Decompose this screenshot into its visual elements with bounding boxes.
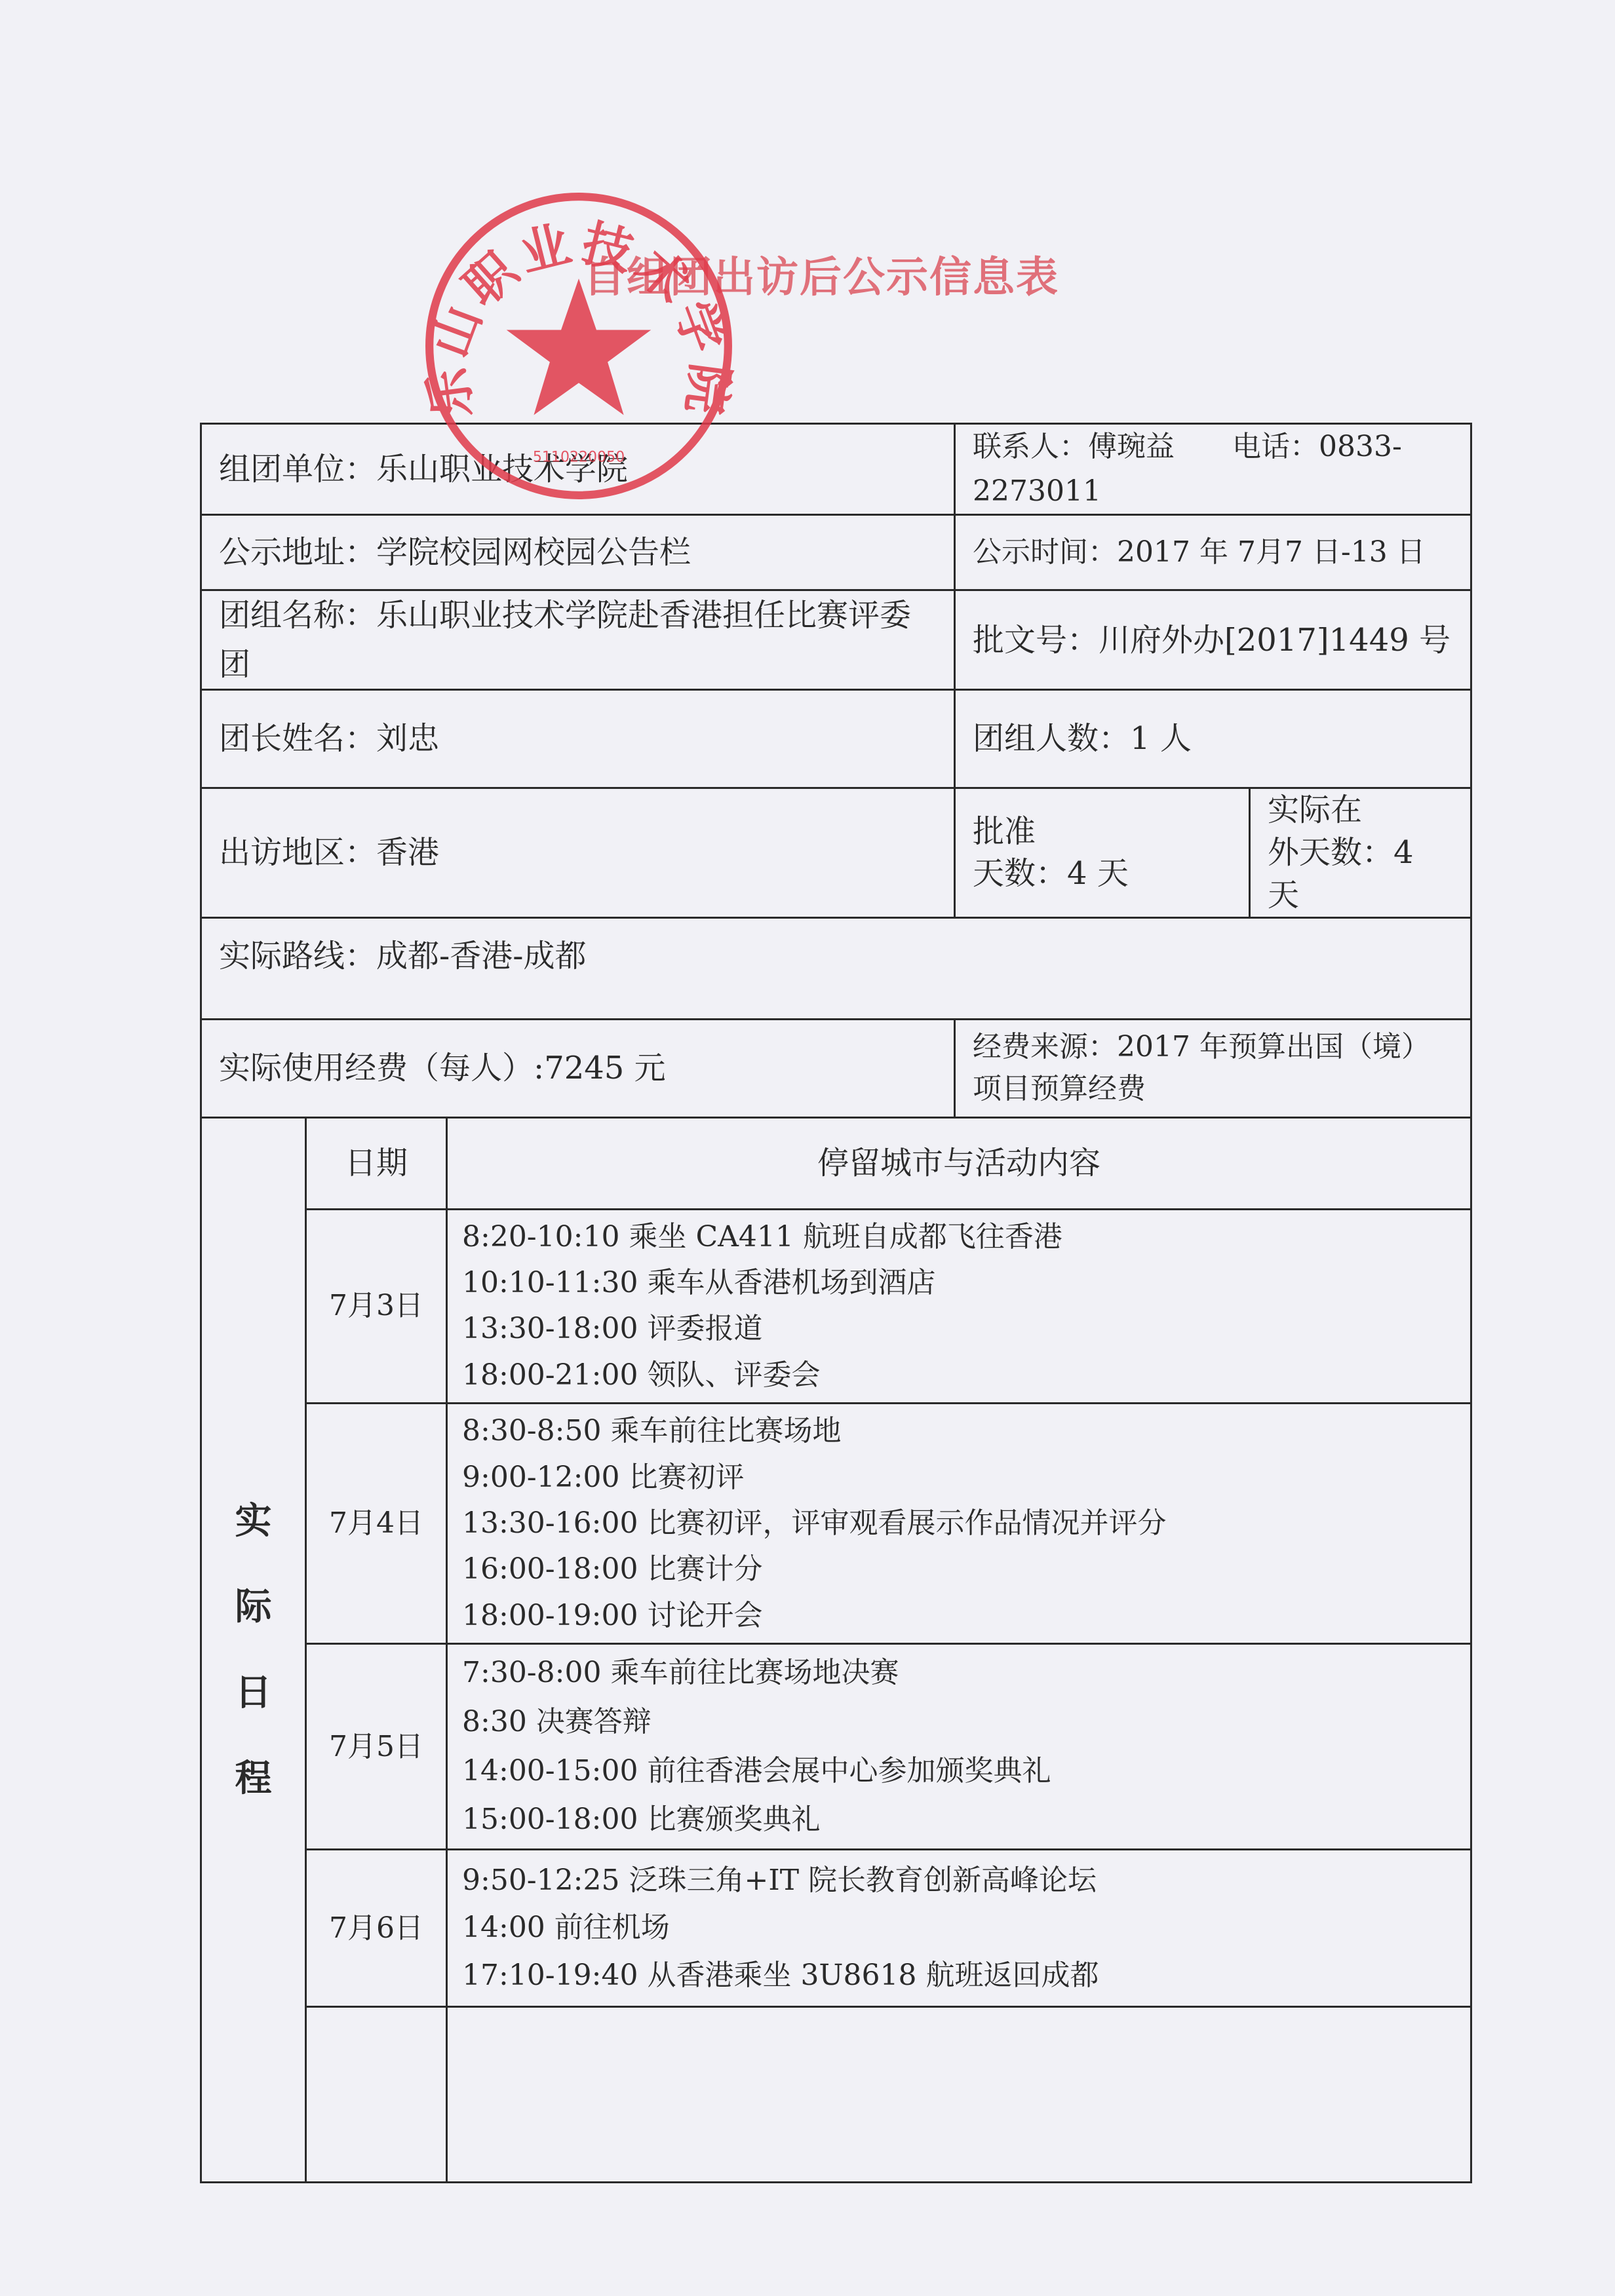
org-unit-value: 乐山职业技术学院	[376, 451, 628, 488]
notice-address-cell: 公示地址：学院校园网校园公告栏	[201, 515, 955, 590]
section-char: 日	[202, 1664, 305, 1721]
activity-item: 7:30-8:00 乘车前往比赛场地决赛	[462, 1649, 1456, 1698]
activity-item: 18:00-19:00 讨论开会	[462, 1593, 1456, 1639]
row-route: 实际路线：成都-香港-成都	[201, 917, 1471, 1019]
approval-no-cell: 批文号：川府外办[2017]1449 号	[955, 590, 1471, 690]
schedule-date: 7月5日	[306, 1644, 447, 1850]
activity-item: 8:20-10:10 乘坐 CA411 航班自成都飞往香港	[462, 1214, 1456, 1260]
actual-route-value: 成都-香港-成都	[376, 938, 586, 974]
row-leader: 团长姓名：刘忠 团组人数：1 人	[201, 690, 1471, 788]
row-org-unit: 组团单位：乐山职业技术学院 联系人：傅琬益 电话：0833-2273011	[201, 424, 1471, 515]
leader-name-label: 团长姓名：	[219, 720, 376, 757]
approval-no-value: 川府外办[2017]1449 号	[1099, 622, 1450, 659]
schedule-activities-empty	[447, 2007, 1471, 2183]
activity-item: 18:00-21:00 领队、评委会	[462, 1352, 1456, 1398]
contact-label: 联系人：	[973, 430, 1088, 463]
actual-days-cell: 实际在 外天数：4 天	[1250, 788, 1471, 917]
activity-item: 13:30-18:00 评委报道	[462, 1306, 1456, 1352]
approved-days-value: 4 天	[1067, 855, 1129, 892]
activity-item: 15:00-18:00 比赛颁奖典礼	[462, 1795, 1456, 1845]
row-region: 出访地区：香港 批准 天数：4 天 实际在 外天数：4 天	[201, 788, 1471, 917]
phone-label: 电话：	[1232, 430, 1319, 463]
schedule-row: 7月3日 8:20-10:10 乘坐 CA411 航班自成都飞往香港 10:10…	[201, 1209, 1471, 1404]
actual-route-cell: 实际路线：成都-香港-成都	[201, 917, 1471, 1019]
content-header: 停留城市与活动内容	[447, 1117, 1471, 1209]
activity-item: 10:10-11:30 乘车从香港机场到酒店	[462, 1260, 1456, 1306]
schedule-date: 7月3日	[306, 1209, 447, 1404]
approved-days-cell: 批准 天数：4 天	[955, 788, 1250, 917]
actual-cost-label: 实际使用经费（每人）:	[219, 1050, 544, 1086]
activity-item: 16:00-18:00 比赛计分	[462, 1546, 1456, 1592]
actual-days-label-1: 实际在	[1268, 789, 1453, 832]
actual-route-label: 实际路线：	[219, 938, 376, 974]
activity-item: 17:10-19:40 从香港乘坐 3U8618 航班返回成都	[462, 1952, 1456, 2000]
activity-item: 8:30-8:50 乘车前往比赛场地	[462, 1408, 1456, 1454]
visit-region-label: 出访地区：	[219, 834, 376, 871]
visit-region-cell: 出访地区：香港	[201, 788, 955, 917]
fund-source-cell: 经费来源：2017 年预算出国（境）项目预算经费	[955, 1019, 1471, 1117]
actual-cost-cell: 实际使用经费（每人）:7245 元	[201, 1019, 955, 1117]
activity-item: 14:00 前往机场	[462, 1904, 1456, 1952]
schedule-date: 7月4日	[306, 1404, 447, 1644]
visit-region-value: 香港	[376, 834, 439, 871]
schedule-activities: 7:30-8:00 乘车前往比赛场地决赛 8:30 决赛答辩 14:00-15:…	[447, 1644, 1471, 1850]
schedule-row: 7月5日 7:30-8:00 乘车前往比赛场地决赛 8:30 决赛答辩 14:0…	[201, 1644, 1471, 1850]
activity-item: 8:30 决赛答辩	[462, 1698, 1456, 1747]
schedule-activities: 8:30-8:50 乘车前往比赛场地 9:00-12:00 比赛初评 13:30…	[447, 1404, 1471, 1644]
fund-source-label: 经费来源：	[973, 1030, 1117, 1063]
notice-address-label: 公示地址：	[219, 534, 376, 571]
schedule-activities: 8:20-10:10 乘坐 CA411 航班自成都飞往香港 10:10-11:3…	[447, 1209, 1471, 1404]
org-unit-cell: 组团单位：乐山职业技术学院	[201, 424, 955, 515]
actual-cost-value: 7245 元	[544, 1050, 665, 1086]
approved-days-label-1: 批准	[973, 811, 1232, 853]
notice-address-value: 学院校园网校园公告栏	[376, 534, 691, 571]
schedule-row: 7月6日 9:50-12:25 泛珠三角+IT 院长教育创新高峰论坛 14:00…	[201, 1850, 1471, 2007]
contact-cell: 联系人：傅琬益 电话：0833-2273011	[955, 424, 1471, 515]
activity-item: 9:50-12:25 泛珠三角+IT 院长教育创新高峰论坛	[462, 1857, 1456, 1905]
approved-days-label-2: 天数：	[973, 855, 1067, 892]
contact-value: 傅琬益	[1088, 430, 1175, 463]
row-cost: 实际使用经费（每人）:7245 元 经费来源：2017 年预算出国（境）项目预算…	[201, 1019, 1471, 1117]
date-header: 日期	[306, 1117, 447, 1209]
group-size-cell: 团组人数：1 人	[955, 690, 1471, 788]
row-group-name: 团组名称：乐山职业技术学院赴香港担任比赛评委团 批文号：川府外办[2017]14…	[201, 590, 1471, 690]
section-char: 程	[202, 1750, 305, 1807]
activity-item: 13:30-16:00 比赛初评，评审观看展示作品情况并评分	[462, 1501, 1456, 1546]
schedule-row: 7月4日 8:30-8:50 乘车前往比赛场地 9:00-12:00 比赛初评 …	[201, 1404, 1471, 1644]
group-name-cell: 团组名称：乐山职业技术学院赴香港担任比赛评委团	[201, 590, 955, 690]
schedule-date: 7月6日	[306, 1850, 447, 2007]
notice-time-value: 2017 年 7月7 日-13 日	[1117, 535, 1426, 569]
group-size-label: 团组人数：	[973, 720, 1130, 757]
section-char: 际	[202, 1578, 305, 1636]
row-notice: 公示地址：学院校园网校园公告栏 公示时间：2017 年 7月7 日-13 日	[201, 515, 1471, 590]
schedule-section-label: 实 际 日 程	[201, 1117, 306, 2183]
notice-time-label: 公示时间：	[973, 535, 1117, 569]
activity-item: 14:00-15:00 前往香港会展中心参加颁奖典礼	[462, 1747, 1456, 1796]
schedule-row-empty	[201, 2007, 1471, 2183]
leader-name-value: 刘忠	[376, 720, 439, 757]
info-table: 组团单位：乐山职业技术学院 联系人：傅琬益 电话：0833-2273011 公示…	[200, 423, 1472, 2183]
section-char: 实	[202, 1493, 305, 1550]
schedule-activities: 9:50-12:25 泛珠三角+IT 院长教育创新高峰论坛 14:00 前往机场…	[447, 1850, 1471, 2007]
approval-no-label: 批文号：	[973, 622, 1099, 659]
group-name-label: 团组名称：	[219, 597, 376, 634]
actual-days-label-2: 外天数：	[1268, 834, 1393, 871]
group-size-value: 1 人	[1130, 720, 1192, 757]
leader-name-cell: 团长姓名：刘忠	[201, 690, 955, 788]
schedule-date-empty	[306, 2007, 447, 2183]
schedule-header-row: 实 际 日 程 日期 停留城市与活动内容	[201, 1117, 1471, 1209]
notice-time-cell: 公示时间：2017 年 7月7 日-13 日	[955, 515, 1471, 590]
document-title: 自组团出访后公示信息表	[583, 244, 1059, 304]
org-unit-label: 组团单位：	[219, 451, 376, 488]
activity-item: 9:00-12:00 比赛初评	[462, 1455, 1456, 1501]
